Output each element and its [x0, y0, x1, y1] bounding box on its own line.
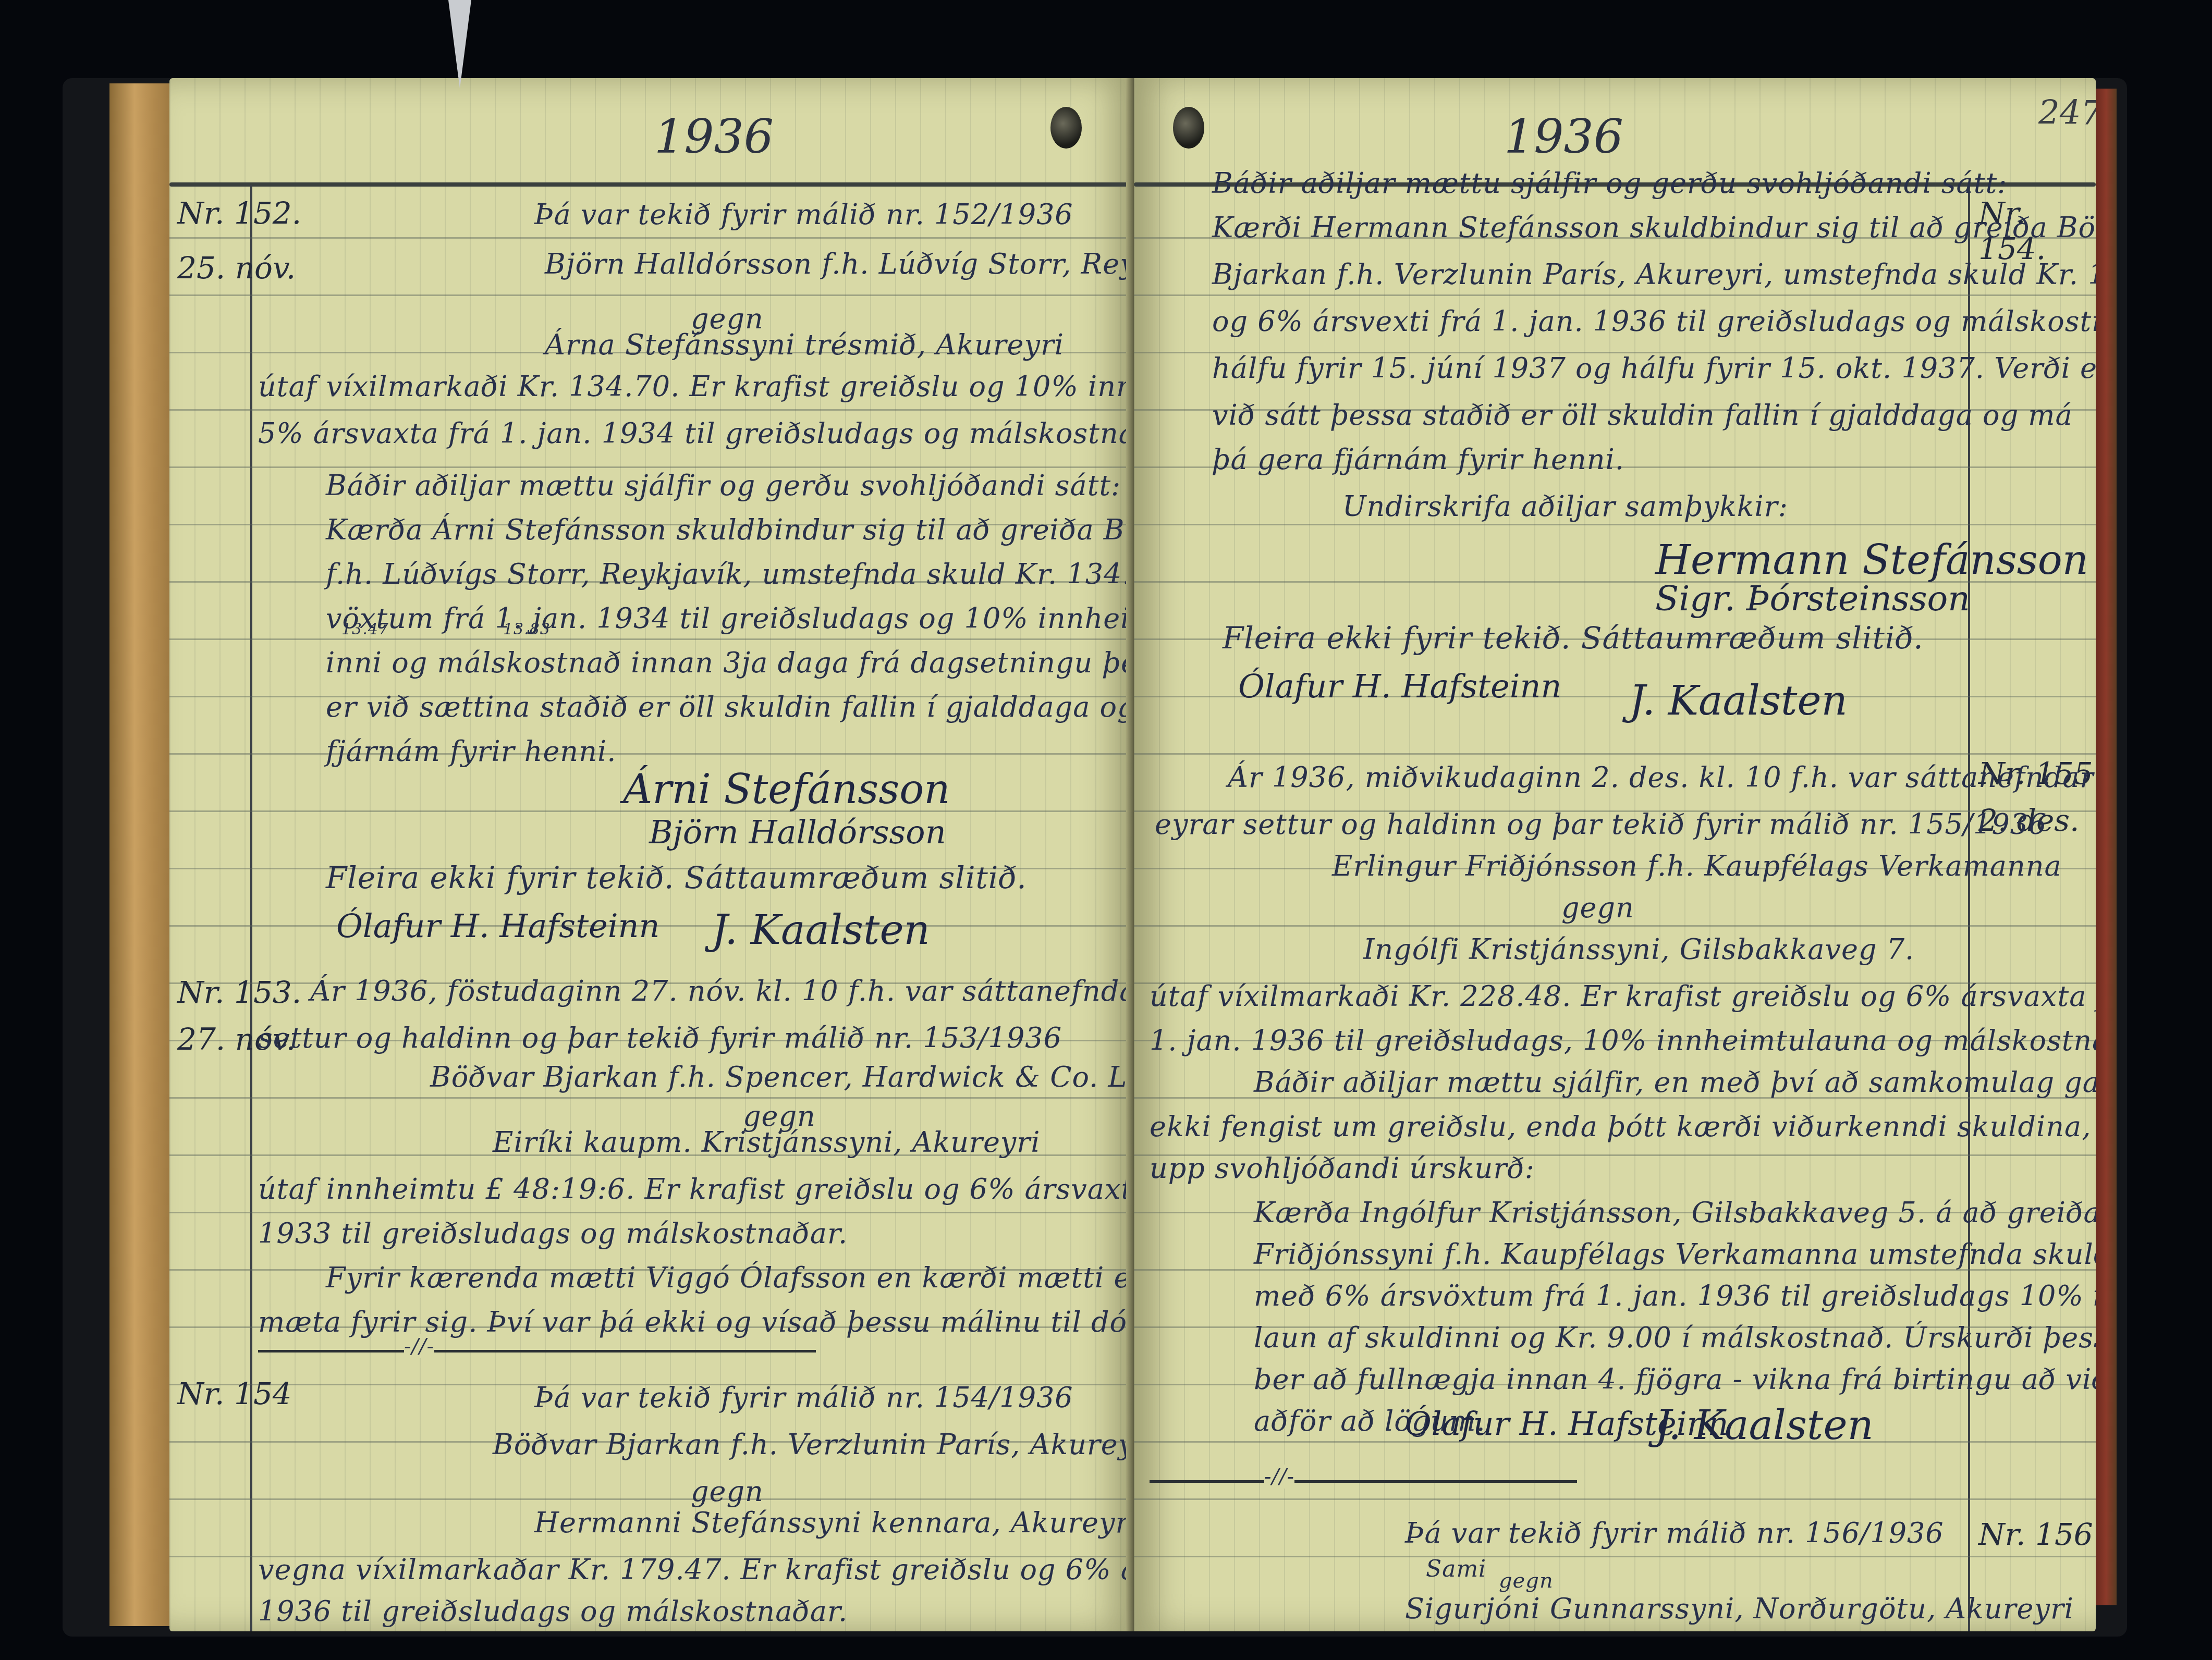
entry-number: Nr. 152.	[177, 195, 301, 231]
entry-line: Friðjónssyni f.h. Kaupfélags Verkamanna …	[1254, 1238, 2096, 1271]
entry-line: upp svohljóðandi úrskurð:	[1150, 1152, 1535, 1185]
entry-number: Nr. 153.	[177, 975, 301, 1010]
entry-line: með 6% ársvöxtum frá 1. jan. 1936 til gr…	[1254, 1280, 2096, 1312]
entry-line: ekki fengist um greiðslu, enda þótt kærð…	[1150, 1110, 2096, 1143]
entry-line: settur og haldinn og þar tekið fyrir mál…	[258, 1022, 1062, 1054]
entry-line: 1936 til greiðsludags og málskostnaðar.	[258, 1595, 848, 1628]
entry-line: 1933 til greiðsludags og málskostnaðar.	[258, 1217, 848, 1250]
page-stack-edge-left	[109, 83, 172, 1626]
entry-line: gegn	[1499, 1569, 1554, 1593]
entry-line: hálfu fyrir 15. júní 1937 og hálfu fyrir…	[1212, 352, 2096, 385]
page-year: 1936	[1504, 109, 1623, 164]
entry-line: Eiríki kaupm. Kristjánssyni, Akureyri	[493, 1126, 1040, 1159]
page-stack-edge-right	[2096, 89, 2117, 1605]
entry-line: vegna víxilmarkaðar Kr. 179.47. Er krafi…	[258, 1553, 1134, 1586]
entry-divider	[258, 1350, 816, 1352]
entry-number: Nr. 156	[1978, 1517, 2093, 1552]
signature: Árni Stefánsson	[623, 766, 950, 813]
entry-line: gegn	[1561, 891, 1634, 924]
entry-line: Hermanni Stefánssyni kennara, Akureyri	[534, 1506, 1134, 1539]
entry-line: Undirskrifa aðiljar samþykkir:	[1342, 490, 1788, 523]
binding-hole	[1173, 107, 1204, 149]
entry-line: Báðir aðiljar mættu sjálfir, en með því …	[1254, 1066, 2096, 1099]
entry-line: vöxtum frá 1. jan. 1934 til greiðsludags…	[326, 602, 1134, 635]
entry-line: mæta fyrir sig. Því var þá ekki og vísað…	[258, 1306, 1134, 1338]
interlinear-note: 13.83	[503, 620, 551, 638]
entry-line: eyrar settur og haldinn og þar tekið fyr…	[1155, 808, 2047, 841]
margin-rule	[250, 185, 252, 1631]
entry-line: útaf innheimtu £ 48:19:6. Er krafist gre…	[258, 1173, 1134, 1206]
divider-mark: -//-	[1264, 1465, 1294, 1489]
signature: Björn Halldórsson	[649, 813, 946, 851]
entry-line: útaf víxilmarkaði Kr. 228.48. Er krafist…	[1150, 980, 2096, 1013]
entry-line: Þá var tekið fyrir málið nr. 152/1936	[534, 198, 1073, 231]
entry-line: Báðir aðiljar mættu sjálfir og gerðu svo…	[326, 469, 1121, 502]
entry-line: Kærði Hermann Stefánsson skuldbindur sig…	[1212, 211, 2096, 244]
entry-line: gegn	[691, 1475, 764, 1508]
entry-line: Kærða Ingólfur Kristjánsson, Gilsbakkave…	[1254, 1196, 2096, 1229]
entry-line: Ár 1936, föstudaginn 27. nóv. kl. 10 f.h…	[310, 975, 1134, 1007]
signature: Sigr. Þórsteinsson	[1655, 579, 1970, 619]
entry-line: Böðvar Bjarkan f.h. Spencer, Hardwick & …	[430, 1061, 1134, 1093]
entry-line: laun af skuldinni og Kr. 9.00 í málskost…	[1254, 1321, 2096, 1354]
closing-line: Fleira ekki fyrir tekið. Sáttaumræðum sl…	[326, 860, 1027, 895]
entry-line: Erlingur Friðjónsson f.h. Kaupfélags Ver…	[1332, 850, 2062, 882]
official-signature: J. Kaalsten	[1655, 1402, 1874, 1449]
entry-line: Báðir aðiljar mættu sjálfir og gerðu svo…	[1212, 167, 2007, 200]
entry-date: 25. nóv.	[177, 250, 296, 286]
entry-line: Árna Stefánssyni trésmið, Akureyri	[545, 328, 1064, 361]
entry-line: þá gera fjárnám fyrir henni.	[1212, 443, 1624, 476]
entry-line: ber að fullnægja innan 4. fjögra - vikna…	[1254, 1363, 2096, 1396]
left-page: 1936 Nr. 152. 25. nóv. Þá var tekið fyri…	[169, 78, 1134, 1631]
entry-line: Ár 1936, miðvikudaginn 2. des. kl. 10 f.…	[1228, 761, 2096, 794]
closing-line: Fleira ekki fyrir tekið. Sáttaumræðum sl…	[1223, 620, 1924, 656]
entry-line: Kærða Árni Stefánsson skuldbindur sig ti…	[326, 513, 1134, 546]
entry-line: útaf víxilmarkaði Kr. 134.70. Er krafist…	[258, 370, 1134, 403]
entry-line: Bjarkan f.h. Verzlunin París, Akureyri, …	[1212, 258, 2096, 291]
entry-line: við sátt þessa staðið er öll skuldin fal…	[1212, 399, 2073, 432]
official-signature: J. Kaalsten	[712, 907, 930, 954]
divider-mark: -//-	[404, 1334, 434, 1358]
header-rule	[169, 182, 1134, 187]
entry-line: Þá var tekið fyrir málið nr. 156/1936	[1405, 1517, 1944, 1550]
entry-line: og 6% ársvexti frá 1. jan. 1936 til grei…	[1212, 305, 2096, 338]
entry-line: 1. jan. 1936 til greiðsludags, 10% innhe…	[1150, 1024, 2096, 1057]
entry-line: Þá var tekið fyrir málið nr. 154/1936	[534, 1381, 1073, 1414]
entry-line: Böðvar Bjarkan f.h. Verzlunin París, Aku…	[493, 1428, 1134, 1461]
entry-line: Björn Halldórsson f.h. Lúðvíg Storr, Rey…	[545, 248, 1134, 280]
page-number: 247	[2038, 94, 2096, 132]
entry-number: Nr. 154	[177, 1376, 292, 1411]
entry-line: inni og málskostnað innan 3ja daga frá d…	[326, 646, 1134, 679]
interlinear-note: 13.47	[341, 620, 389, 638]
entry-line: Sigurjóni Gunnarssyni, Norðurgötu, Akure…	[1405, 1592, 2074, 1625]
binding-hole	[1050, 107, 1082, 149]
page-holder-pin	[448, 0, 471, 89]
entry-line: Sami	[1426, 1556, 1486, 1582]
official-signature: J. Kaalsten	[1629, 678, 1848, 724]
right-page: 1936 247 Nr. 154. Báðir aðiljar mættu sj…	[1134, 78, 2096, 1631]
entry-line: er við sættina staðið er öll skuldin fal…	[326, 691, 1134, 723]
entry-divider	[1150, 1480, 1577, 1483]
official-signature: Ólafur H. Hafsteinn	[1238, 667, 1561, 705]
entry-line: fjárnám fyrir henni.	[326, 735, 616, 768]
official-signature: Ólafur H. Hafsteinn	[336, 907, 659, 945]
signature: Hermann Stefánsson	[1655, 537, 2088, 584]
entry-line: Ingólfi Kristjánssyni, Gilsbakkaveg 7.	[1363, 933, 1914, 966]
page-year: 1936	[654, 109, 774, 164]
entry-line: 5% ársvaxta frá 1. jan. 1934 til greiðsl…	[258, 417, 1134, 450]
entry-line: Fyrir kærenda mætti Viggó Ólafsson en kæ…	[326, 1261, 1134, 1294]
entry-line: f.h. Lúðvígs Storr, Reykjavík, umstefnda…	[326, 558, 1134, 591]
